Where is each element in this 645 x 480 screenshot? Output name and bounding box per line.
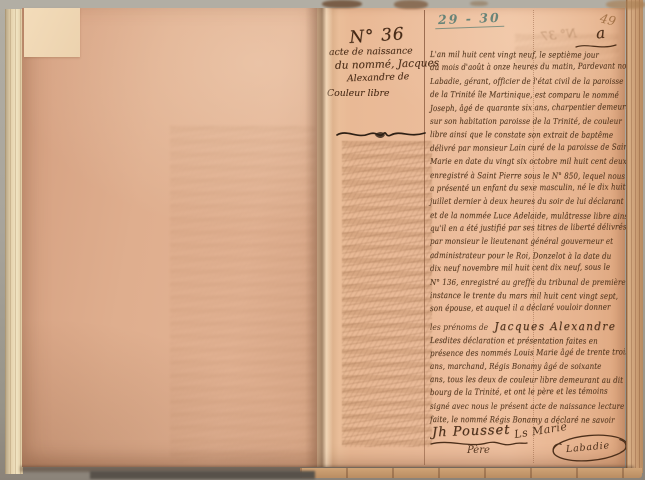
manuscript-line: signé avec nous le présent acte de naiss… [430,400,593,413]
manuscript-line: qu'il en a été justifié par ses titres d… [430,221,593,236]
left-blank-page [22,8,317,467]
manuscript-line: du mois d'août à onze heures du matin, P… [430,60,593,75]
signature-officer: Labadie [549,428,632,469]
margin-note-line: Couleur libre [327,87,427,101]
page-stack-edge [626,0,643,473]
manuscript-line: présence des nommés Louis Marie âgé de t… [430,346,593,360]
manuscript-line: sur son habitation paroisse de la Trinit… [430,115,593,128]
margin-ink-bleedthrough [342,141,432,447]
register-recto-page: N° 36 acte de naissancedu nommé, Jacques… [317,8,625,467]
manuscript-line: par monsieur le lieutenant général gouve… [430,235,593,248]
archivist-pagination: 29 - 30 [435,10,504,29]
manuscript-line: a présenté un enfant du sexe masculin, n… [430,181,593,196]
ink-flourish [335,126,427,142]
manuscript-line: bourg de la Trinité, et ont le père et l… [430,385,593,399]
child-name: Jacques Alexandre [494,319,616,333]
margin-note-line: Alexandre de [327,70,427,87]
signature-father-role: Père [467,445,490,456]
manuscript-line: Labadie, gérant, officier de l'état civi… [430,75,593,88]
manuscript-line: N° 136, enregistré au greffe du tribunal… [430,276,593,289]
register-scan: N° 36 acte de naissancedu nommé, Jacques… [0,0,645,480]
binding-stain [394,0,428,9]
manuscript-line: Joseph, âgé de quarante six ans, charpen… [430,100,593,115]
repair-patch [24,8,80,57]
left-page-edge-stack [5,9,23,474]
margin-note: N° 36 acte de naissancedu nommé, Jacques… [327,26,427,100]
book-bottom-shadow [90,471,315,479]
margin-note-lines: acte de naissancedu nommé, JacquesAlexan… [327,46,427,100]
manuscript-line: son épouse, et auquel il a déclaré voulo… [430,301,593,316]
manuscript-line: ans, marchand, Régis Bonamy âgé de soixa… [430,360,593,373]
child-name-line: les prénoms deJacques Alexandre [430,316,605,334]
name-line-prefix: les prénoms de [430,322,488,332]
binding-stain [322,0,362,8]
top-corner-page-edge [606,0,645,9]
act-paragraph-1: L'an mil huit cent vingt neuf, le septiè… [430,48,624,316]
left-page-ink-bleedthrough [170,126,315,461]
manuscript-line: dix neuf novembre mil huit cent dix neuf… [430,261,593,276]
bottom-page-edges [300,468,642,478]
act-paragraph-2: Lesdites déclaration et présentation fai… [430,334,624,426]
act-body-text: L'an mil huit cent vingt neuf, le septiè… [430,48,624,426]
binding-stain [470,1,488,6]
manuscript-line: délivré par monsieur Lain curé de la par… [430,140,593,155]
manuscript-line: juillet dernier à deux heures du soir de… [430,195,593,208]
manuscript-line: Marie en date du vingt six octobre mil h… [430,155,593,168]
